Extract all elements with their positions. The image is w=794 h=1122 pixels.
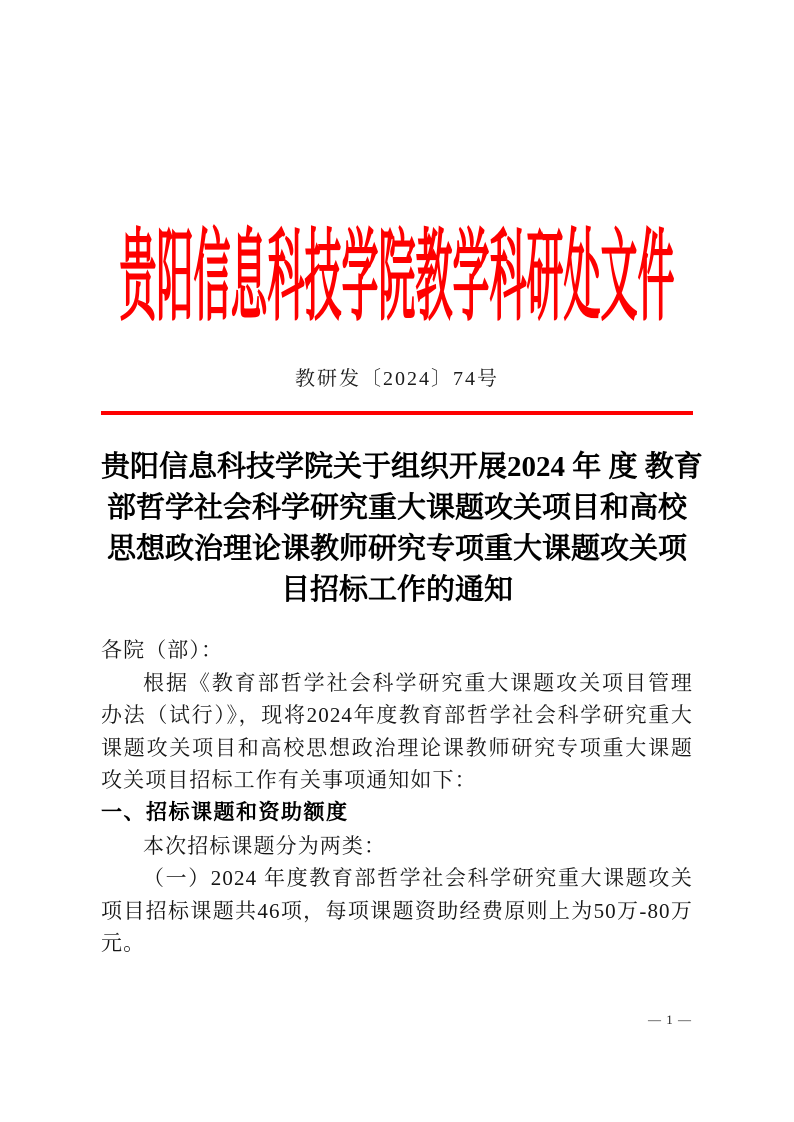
notice-body: 各院（部）： 根据《教育部哲学社会科学研究重大课题攻关项目管理办法（试行）》，现…: [101, 634, 693, 960]
red-banner-header: 贵阳信息科技学院教学科研处文件: [101, 224, 693, 332]
paragraph-types: 本次招标课题分为两类：: [101, 830, 693, 863]
paragraph-item-1: （一）2024 年度教育部哲学社会科学研究重大课题攻关项目招标课题共46项，每项…: [101, 862, 693, 960]
red-banner-title: 贵阳信息科技学院教学科研处文件: [120, 224, 675, 332]
notice-title: 贵阳信息科技学院关于组织开展2024 年 度 教育 部哲学社会科学研究重大课题攻…: [101, 447, 693, 611]
intro-paragraph: 根据《教育部哲学社会科学研究重大课题攻关项目管理办法（试行）》，现将2024年度…: [101, 667, 693, 797]
salutation: 各院（部）：: [101, 634, 693, 667]
document-page: 贵阳信息科技学院教学科研处文件 教研发〔2024〕74号 贵阳信息科技学院关于组…: [0, 0, 794, 1122]
notice-title-line-4: 目招标工作的通知: [101, 570, 693, 611]
document-number: 教研发〔2024〕74号: [101, 366, 693, 392]
document-content: 贵阳信息科技学院教学科研处文件 教研发〔2024〕74号 贵阳信息科技学院关于组…: [101, 224, 693, 960]
section-heading-1: 一、招标课题和资助额度: [101, 797, 693, 830]
page-number: — 1 —: [648, 1012, 692, 1028]
notice-title-line-1: 贵阳信息科技学院关于组织开展2024 年 度 教育: [101, 447, 693, 488]
notice-title-line-3: 思想政治理论课教师研究专项重大课题攻关项: [101, 529, 693, 570]
notice-title-line-2: 部哲学社会科学研究重大课题攻关项目和高校: [101, 488, 693, 529]
red-divider-line: [101, 411, 693, 415]
